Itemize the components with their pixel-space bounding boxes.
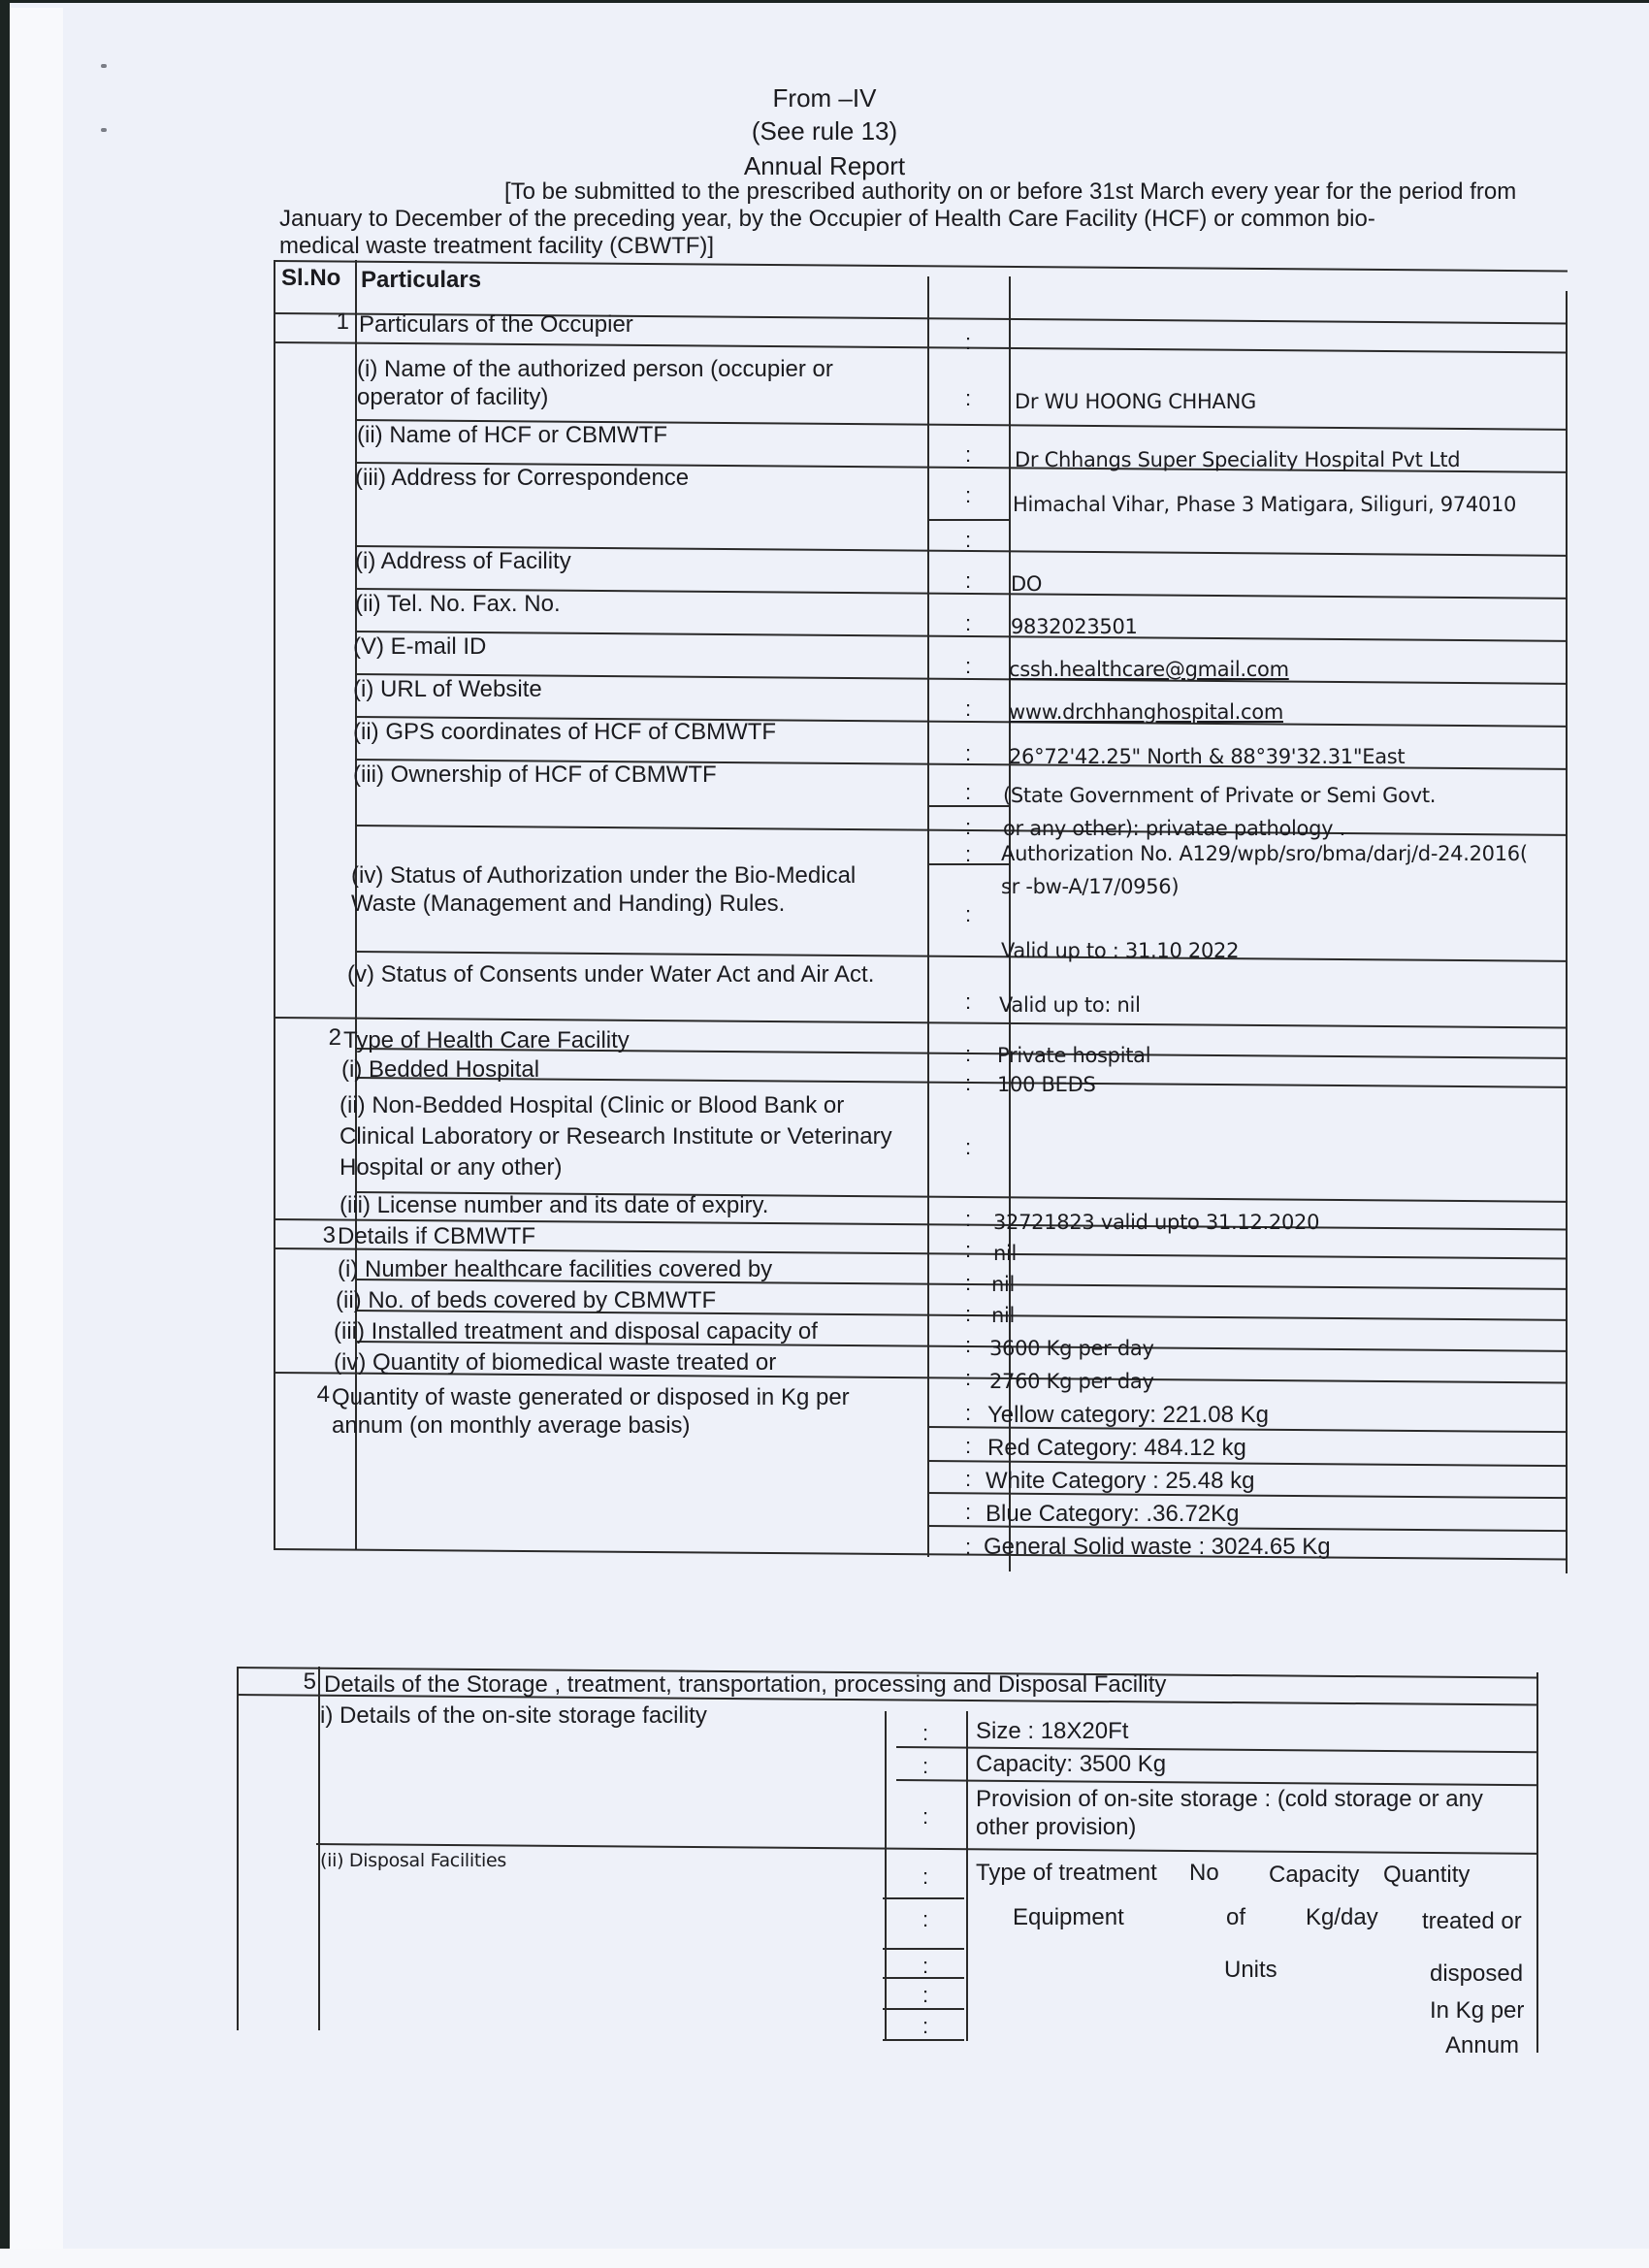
colon: : [958, 1271, 978, 1296]
colon: : [958, 902, 978, 927]
colon: : [958, 1467, 978, 1492]
section-title: Details if CBMWTF [338, 1222, 535, 1250]
colon: : [958, 1434, 978, 1459]
intro-line: January to December of the preceding yea… [279, 206, 1375, 233]
field-value-quantity-treated: 2760 Kg per day [989, 1368, 1154, 1395]
column-header-particulars: Particulars [361, 266, 481, 294]
field-value-gps: 26°72'42.25" North & 88°39'32.31"East [1009, 743, 1405, 770]
colon: : [958, 1500, 978, 1525]
colon: : [916, 1907, 935, 1932]
field-label: (iii) Ownership of HCF of CBMWTF [353, 761, 717, 789]
colon: : [916, 1804, 935, 1830]
field-value-occupier-name: Dr WU HOONG CHHANG [1015, 388, 1256, 415]
field-value-license: 32721823 valid upto 31.12.2020 [993, 1209, 1319, 1236]
colon: : [958, 780, 978, 805]
disposal-column-header: Units [1224, 1956, 1277, 1984]
field-value-cbmwtf: nil [993, 1240, 1017, 1267]
field-value-consents: Valid up to: nil [999, 991, 1141, 1019]
colon: : [958, 483, 978, 508]
colon: : [916, 1721, 935, 1746]
waste-red: Red Category: 484.12 kg [987, 1434, 1246, 1462]
field-value-hcf-name: Dr Chhangs Super Speciality Hospital Pvt… [1015, 446, 1460, 473]
field-label: (ii) Name of HCF or CBMWTF [357, 421, 667, 449]
field-label: (i) Bedded Hospital [341, 1055, 539, 1084]
field-label: (i) Number healthcare facilities covered… [338, 1255, 772, 1283]
table-border [237, 1667, 239, 2030]
storage-size: Size : 18X20Ft [976, 1717, 1128, 1745]
colon: : [958, 568, 978, 594]
colon: : [916, 1754, 935, 1779]
colon: : [958, 741, 978, 766]
disposal-column-header: disposed [1430, 1960, 1523, 1988]
disposal-column-header: Capacity [1269, 1861, 1359, 1889]
colon: : [958, 1135, 978, 1160]
section-number: 2 [303, 1024, 341, 1052]
field-value-hcf-covered: nil [991, 1271, 1015, 1298]
section-title: Type of Health Care Facility [343, 1026, 630, 1054]
punch-mark [101, 64, 107, 68]
field-label: (i) Name of the authorized person (occup… [357, 355, 900, 411]
field-value-facility-address: DO [1011, 570, 1042, 598]
storage-provision: Provision of on-site storage : (cold sto… [976, 1785, 1529, 1841]
scan-edge [0, 0, 10, 2268]
disposal-column-header: of [1226, 1903, 1245, 1931]
section-title: Quantity of waste generated or disposed … [332, 1383, 894, 1440]
colon: : [958, 611, 978, 636]
field-value-telephone: 9832023501 [1011, 613, 1138, 640]
intro-line: [To be submitted to the prescribed autho… [504, 178, 1516, 206]
waste-white: White Category : 25.48 kg [986, 1467, 1254, 1495]
field-label: (ii) Non-Bedded Hospital (Clinic or Bloo… [339, 1090, 912, 1183]
email-link[interactable]: cssh.healthcare@gmail.com [1009, 656, 1289, 683]
colon: : [916, 1954, 935, 1979]
column-header-slno: Sl.No [281, 264, 340, 292]
disposal-column-header: Equipment [1013, 1903, 1124, 1931]
field-value-authorization-validity: Valid up to : 31.10 2022 [1001, 937, 1239, 964]
section-number: 1 [310, 308, 349, 336]
table-border [274, 260, 275, 1550]
field-value-beds-covered: nil [991, 1302, 1015, 1329]
field-label: (i) URL of Website [353, 675, 542, 703]
colon: : [958, 1333, 978, 1358]
intro-line: medical waste treatment facility (CBWTF)… [279, 233, 714, 260]
section-number: 5 [277, 1669, 316, 1696]
field-value-ownership: or any other): privatae pathology . [1003, 815, 1345, 842]
colon: : [958, 1366, 978, 1391]
disposal-column-header: Quantity [1383, 1861, 1470, 1889]
field-label: (iv) Quantity of biomedical waste treate… [334, 1348, 776, 1377]
disposal-column-header: Type of treatment [976, 1859, 1157, 1887]
colon: : [958, 1207, 978, 1232]
field-label: (V) E-mail ID [353, 632, 486, 661]
colon: : [958, 1401, 978, 1426]
row-divider [883, 1897, 964, 1899]
field-label: (iii) License number and its date of exp… [339, 1191, 768, 1219]
colon: : [958, 330, 978, 355]
disposal-column-header: treated or [1422, 1907, 1522, 1935]
column-divider [885, 1711, 887, 2041]
field-value-ownership: (State Government of Private or Semi Gov… [1003, 782, 1436, 809]
colon: : [916, 1864, 935, 1890]
rule-reference: (See rule 13) [0, 116, 1649, 146]
section-title: Particulars of the Occupier [359, 310, 633, 339]
field-value-facility-type: Private hospital [997, 1042, 1150, 1069]
colon: : [958, 815, 978, 840]
colon: : [958, 1535, 978, 1560]
row-divider [927, 519, 1009, 521]
section-number: 4 [291, 1381, 330, 1409]
form-title: From –IV [0, 83, 1649, 113]
field-value-beds: 100 BEDS [997, 1071, 1096, 1098]
colon: : [958, 442, 978, 468]
colon: : [916, 2014, 935, 2039]
field-label: (iii) Installed treatment and disposal c… [334, 1317, 818, 1345]
row-divider [883, 2008, 964, 2010]
field-label: (iii) Address for Correspondence [355, 464, 689, 492]
disposal-column-header: No [1189, 1859, 1219, 1887]
field-label: (ii) No. of beds covered by CBMWTF [336, 1286, 716, 1314]
field-value-authorization: sr -bw-A/17/0956) [1001, 873, 1179, 900]
field-value-installed-capacity: 3600 Kg per day [989, 1335, 1154, 1362]
field-value-authorization: Authorization No. A129/wpb/sro/bma/darj/… [1001, 840, 1528, 867]
column-divider [966, 1711, 968, 2041]
waste-blue: Blue Category: .36.72Kg [986, 1500, 1240, 1528]
section-title: Details of the Storage , treatment, tran… [324, 1670, 1166, 1699]
field-label: (v) Status of Consents under Water Act a… [347, 960, 910, 988]
section-number: 3 [297, 1222, 336, 1249]
disposal-column-header: Annum [1445, 2031, 1519, 2059]
colon: : [958, 1042, 978, 1067]
colon: : [958, 528, 978, 553]
storage-capacity: Capacity: 3500 Kg [976, 1750, 1166, 1778]
row-divider [883, 2039, 964, 2041]
website-link[interactable]: www.drchhanghospital.com [1009, 698, 1283, 726]
colon: : [958, 386, 978, 411]
colon: : [958, 1071, 978, 1096]
scan-margin [0, 2249, 1649, 2268]
row-divider [883, 1948, 964, 1950]
disposal-column-header: In Kg per [1430, 1996, 1524, 2025]
field-label: (ii) Disposal Facilities [320, 1847, 506, 1874]
scan-margin [10, 8, 63, 2268]
colon: : [958, 842, 978, 867]
field-label: (ii) GPS coordinates of HCF of CBMWTF [353, 718, 776, 746]
colon: : [958, 697, 978, 722]
field-value-address: Himachal Vihar, Phase 3 Matigara, Siligu… [1013, 491, 1516, 518]
row-divider [927, 805, 1009, 807]
disposal-column-header: Kg/day [1306, 1903, 1378, 1931]
colon: : [958, 654, 978, 679]
field-label: (i) Address of Facility [355, 547, 571, 575]
colon: : [916, 1983, 935, 2008]
field-label: (iv) Status of Authorization under the B… [351, 861, 923, 918]
field-label: i) Details of the on-site storage facili… [320, 1701, 707, 1730]
field-label: (ii) Tel. No. Fax. No. [355, 590, 561, 618]
waste-yellow: Yellow category: 221.08 Kg [987, 1401, 1269, 1429]
waste-general-solid: General Solid waste : 3024.65 Kg [984, 1533, 1331, 1561]
colon: : [958, 1238, 978, 1263]
colon: : [958, 989, 978, 1015]
column-divider [927, 276, 929, 1557]
colon: : [958, 1302, 978, 1327]
report-title: Annual Report [0, 151, 1649, 181]
table-border [1536, 1672, 1538, 2053]
